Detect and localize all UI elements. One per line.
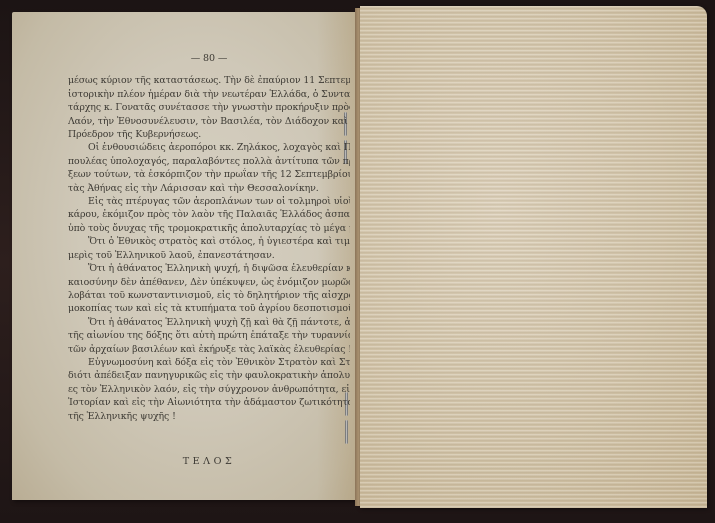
text-line: τὰς Ἀθήνας εἰς τὴν Λάρισσαν καὶ τὴν Θεσσ…	[68, 182, 350, 195]
text-line: Εὐγνωμοσύνη καὶ δόξα εἰς τὸν Ἐθνικὸν Στρ…	[68, 356, 350, 369]
paragraph-6: Ὅτι ἡ ἀθάνατος Ἑλληνικὴ ψυχὴ ζῇ καὶ θὰ ζ…	[68, 316, 350, 356]
text-line: μέσως κύριον τῆς καταστάσεως. Τὴν δὲ ἐπα…	[68, 74, 350, 87]
text-line: κάρου, ἐκόμιζον πρὸς τὸν λαὸν τῆς Παλαιᾶ…	[68, 208, 350, 221]
paragraph-4: Ὅτι ὁ Ἐθνικὸς στρατὸς καὶ στόλος, ἡ ὑγιε…	[68, 235, 350, 262]
text-line: Ὅτι ὁ Ἐθνικὸς στρατὸς καὶ στόλος, ἡ ὑγιε…	[68, 235, 350, 248]
text-line: τῆς αἰωνίου της δόξης ὅτι αὐτὴ πρώτη ἐπά…	[68, 329, 350, 342]
text-line: Λαόν, τὴν Ἐθνοσυνέλευσιν, τὸν Βασιλέα, τ…	[68, 115, 350, 128]
right-page-blank	[360, 6, 707, 508]
text-line: Ἱστορίαν καὶ εἰς τὴν Αἰωνιότητα τὴν ἀδάμ…	[68, 396, 350, 409]
text-line: τάρχης κ. Γονατᾶς συνέτασσε τὴν γνωστὴν …	[68, 101, 350, 114]
paragraph-3: Εἰς τὰς πτέρυγας τῶν ἀεροπλάνων των οἱ τ…	[68, 195, 350, 235]
paragraph-1: μέσως κύριον τῆς καταστάσεως. Τὴν δὲ ἐπα…	[68, 74, 350, 141]
text-line: ὑπὸ τοὺς ὄνυχας τῆς τρομοκρατικῆς ἀπολυτ…	[68, 222, 350, 235]
text-line: Ὅτι ἡ ἀθάνατος Ἑλληνικὴ ψυχὴ ζῇ καὶ θὰ ζ…	[68, 316, 350, 329]
paragraph-5: Ὅτι ἡ ἀθάνατος Ἑλληνικὴ ψυχή, ἡ διψῶσα ἐ…	[68, 262, 350, 316]
text-line: ξεων τούτων, τὰ ἐσκόρπιζον τὴν πρωΐαν τῆ…	[68, 168, 350, 181]
page-number: — 80 —	[68, 52, 350, 65]
text-line: τῆς Ἑλληνικῆς ψυχῆς !	[68, 410, 350, 423]
text-line: λοβάται τοῦ κωνσταντινισμοῦ, εἰς τὸ δηλη…	[68, 289, 350, 302]
text-line: Ὅτι ἡ ἀθάνατος Ἑλληνικὴ ψυχή, ἡ διψῶσα ἐ…	[68, 262, 350, 275]
page-text: — 80 — μέσως κύριον τῆς καταστάσεως. Τὴν…	[68, 52, 350, 468]
text-line: διότι ἀπέδειξαν πανηγυρικῶς εἰς τὴν φαυλ…	[68, 369, 350, 382]
text-line: πουλέας ὑπολοχαγός, παραλαβόντες πολλὰ ἀ…	[68, 155, 350, 168]
text-line: Πρόεδρον τῆς Κυβερνήσεως.	[68, 128, 350, 141]
text-line: ἱστορικὴν πλέον ἡμέραν διὰ τὴν νεωτέραν …	[68, 88, 350, 101]
text-line: ες τὸν Ἑλληνικὸν λαόν, εἰς τὴν σύγχρονον…	[68, 383, 350, 396]
text-line: Οἱ ἐνθουσιώδεις ἀεροπόροι κκ. Ζηλάκος, λ…	[68, 141, 350, 154]
text-line: μοκοπίας των καὶ εἰς τὰ κτυπήματα τοῦ ἀγ…	[68, 302, 350, 315]
text-line: Εἰς τὰς πτέρυγας τῶν ἀεροπλάνων των οἱ τ…	[68, 195, 350, 208]
text-line: τῶν ἀρχαίων βασιλέων καὶ ἐκήρυξε τὰς λαϊ…	[68, 343, 350, 356]
paragraph-7: Εὐγνωμοσύνη καὶ δόξα εἰς τὸν Ἐθνικὸν Στρ…	[68, 356, 350, 423]
end-mark: ΤΕΛΟΣ	[68, 455, 350, 468]
text-line: καιοσύνην δὲν ἀπέθανεν, Δὲν ὑπέκυψεν, ὡς…	[68, 276, 350, 289]
paragraph-2: Οἱ ἐνθουσιώδεις ἀεροπόροι κκ. Ζηλάκος, λ…	[68, 141, 350, 195]
text-line: μερὶς τοῦ Ἑλληνικοῦ λαοῦ, ἐπανεστάτησαν.	[68, 249, 350, 262]
